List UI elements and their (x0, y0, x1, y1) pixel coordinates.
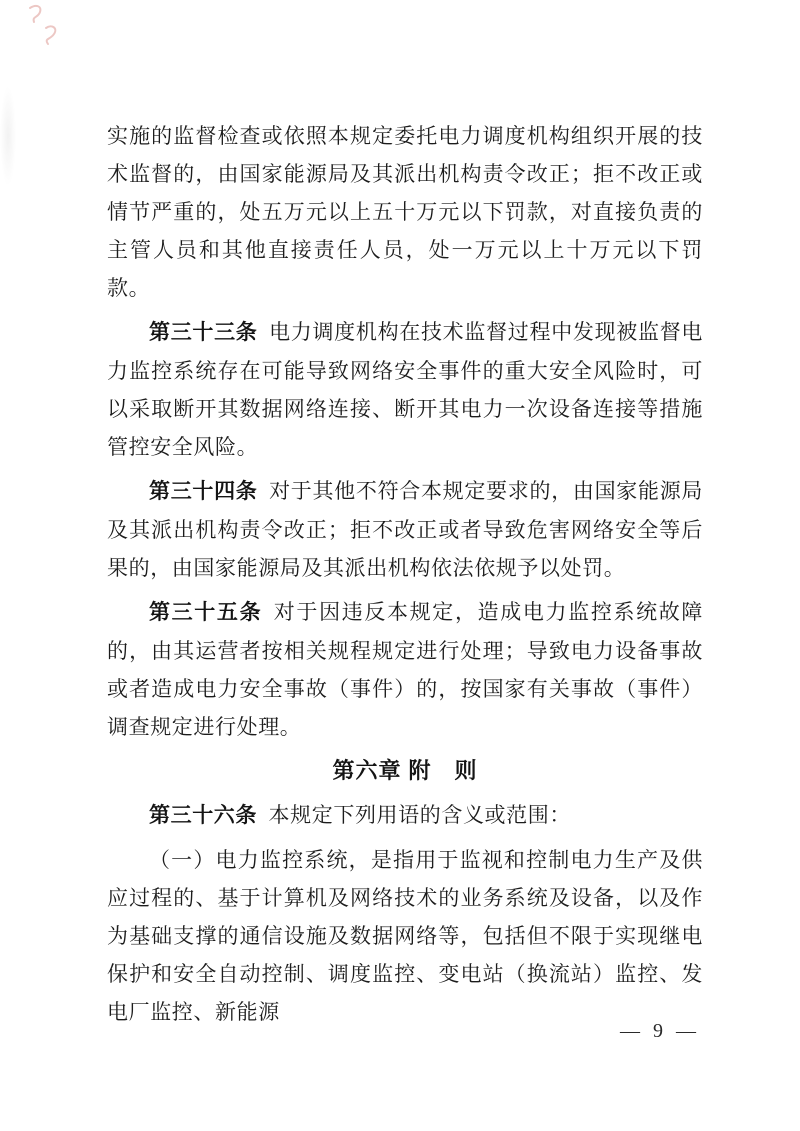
article-36-paragraph: 第三十六条本规定下列用语的含义或范围： (107, 796, 703, 835)
article-33-number-label: 第三十三条 (149, 321, 258, 344)
red-scan-artifact (24, 2, 64, 50)
article-35-number-label: 第三十五条 (149, 601, 262, 624)
paragraph-continuation-text: 实施的监督检查或依照本规定委托电力调度机构组织开展的技术监督的，由国家能源局及其… (107, 124, 703, 300)
article-35-paragraph: 第三十五条对于因违反本规定，造成电力监控系统故障的，由其运营者按相关规程规定进行… (107, 593, 703, 746)
article-36-text: 本规定下列用语的含义或范围： (269, 803, 571, 827)
document-body: 实施的监督检查或依照本规定委托电力调度机构组织开展的技术监督的，由国家能源局及其… (107, 117, 703, 1037)
article-36-item-1-text: （一）电力监控系统，是指用于监视和控制电力生产及供应过程的、基于计算机及网络技术… (107, 848, 703, 1024)
document-page: 实施的监督检查或依照本规定委托电力调度机构组织开展的技术监督的，由国家能源局及其… (0, 0, 800, 1131)
chapter-heading: 第六章 附 则 (107, 752, 703, 790)
article-33-paragraph: 第三十三条电力调度机构在技术监督过程中发现被监督电力监控系统存在可能导致网络安全… (107, 313, 703, 466)
article-34-number-label: 第三十四条 (149, 480, 258, 503)
article-36-number-label: 第三十六条 (149, 804, 257, 827)
left-edge-scan-smudge (0, 86, 16, 186)
paragraph-continuation: 实施的监督检查或依照本规定委托电力调度机构组织开展的技术监督的，由国家能源局及其… (107, 117, 703, 307)
page-number: — 9 — (620, 1018, 697, 1044)
article-36-item-1-paragraph: （一）电力监控系统，是指用于监视和控制电力生产及供应过程的、基于计算机及网络技术… (107, 841, 703, 1031)
article-34-paragraph: 第三十四条对于其他不符合本规定要求的，由国家能源局及其派出机构责令改正；拒不改正… (107, 472, 703, 587)
